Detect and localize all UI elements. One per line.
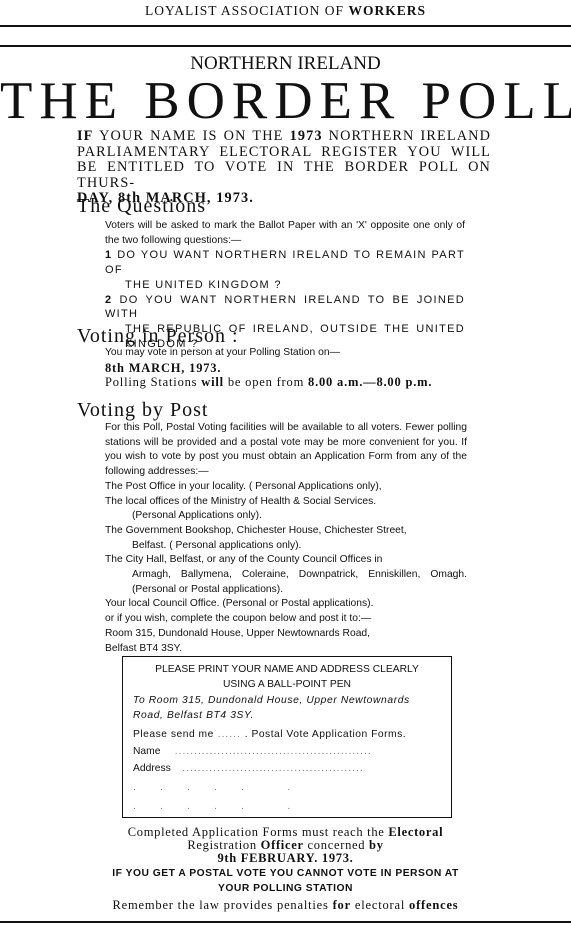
- question-item: 1 DO YOU WANT NORTHERN IRELAND TO REMAIN…: [105, 248, 465, 292]
- address-item: The local offices of the Ministry of Hea…: [105, 495, 467, 524]
- address-line: The Government Bookshop, Chichester Hous…: [105, 525, 407, 536]
- by-post-section: For this Poll, Postal Voting facilities …: [105, 421, 467, 656]
- second-rule: [0, 45, 571, 47]
- law-for: for: [333, 898, 351, 912]
- hours-pre: Polling Stations: [105, 375, 201, 389]
- intro-lead: IF: [77, 128, 94, 144]
- law-offences: offences: [409, 898, 458, 912]
- application-coupon: PLEASE PRINT YOUR NAME AND ADDRESS CLEAR…: [122, 656, 452, 818]
- name-field[interactable]: ........................................…: [175, 746, 372, 757]
- in-person-date: 8th MARCH, 1973.: [105, 361, 495, 376]
- in-person-heading: Voting in Person :: [77, 325, 239, 348]
- page-title: THE BORDER POLL: [0, 73, 571, 129]
- question-number: 1: [105, 249, 112, 261]
- name-row: Name ...................................…: [133, 745, 441, 760]
- address-label: Address: [133, 763, 171, 774]
- in-person-text: You may vote in person at your Polling S…: [105, 346, 495, 361]
- by-post-paragraph: For this Poll, Postal Voting facilities …: [105, 421, 467, 480]
- deadline-pre: Completed Application Forms must reach t…: [128, 825, 389, 839]
- address-cont: Armagh, Ballymena, Coleraine, Downpatric…: [105, 568, 467, 597]
- intro-year: 1973: [290, 128, 323, 144]
- coupon-address: To Room 315, Dundonald House, Upper Newt…: [133, 694, 441, 723]
- request-pre: Please send me: [133, 729, 214, 740]
- deadline-mid: Registration: [187, 838, 260, 852]
- hours-mid: be open from: [224, 375, 308, 389]
- address-field[interactable]: ........................................…: [182, 763, 363, 774]
- quantity-field[interactable]: ......: [214, 729, 245, 740]
- coupon-request: Please send me ...... . Postal Vote Appl…: [133, 728, 441, 743]
- address-item: The Post Office in your locality. ( Pers…: [105, 480, 467, 495]
- address-item: The City Hall, Belfast, or any of the Co…: [105, 553, 467, 597]
- law-pre: Remember the law provides penalties: [113, 898, 333, 912]
- hours-will: will: [201, 375, 224, 389]
- association-bold: WORKERS: [348, 3, 426, 18]
- address-line: Your local Council Office. (Personal or …: [105, 598, 373, 609]
- law-notice: Remember the law provides penalties for …: [0, 898, 571, 913]
- question-text: DO YOU WANT NORTHERN IRELAND TO REMAIN P…: [105, 249, 465, 276]
- law-mid: electoral: [351, 898, 409, 912]
- in-person-section: You may vote in person at your Polling S…: [105, 346, 495, 390]
- question-text-cont: THE UNITED KINGDOM ?: [105, 278, 465, 293]
- association-prefix: LOYALIST ASSOCIATION OF: [145, 3, 344, 18]
- address-line-2[interactable]: . . . . . .: [133, 781, 441, 796]
- deadline-notice: Completed Application Forms must reach t…: [0, 826, 571, 865]
- in-person-date-text: 8th MARCH, 1973.: [105, 361, 221, 375]
- postcode-line: Belfast BT4 3SY.: [105, 642, 467, 657]
- room-line: Room 315, Dundonald House, Upper Newtown…: [105, 627, 467, 642]
- deadline-electoral: Electoral: [388, 825, 443, 839]
- address-row: Address ................................…: [133, 762, 441, 777]
- association-name: LOYALIST ASSOCIATION OF WORKERS: [0, 3, 571, 19]
- deadline-officer: Officer: [261, 838, 304, 852]
- bottom-rule: [0, 921, 571, 923]
- name-label: Name: [133, 746, 160, 757]
- address-cont: Belfast. ( Personal applications only).: [105, 539, 467, 554]
- coupon-intro: or if you wish, complete the coupon belo…: [105, 612, 467, 627]
- postal-warning: IF YOU GET A POSTAL VOTE YOU CANNOT VOTE…: [100, 866, 471, 896]
- deadline-date: 9th FEBRUARY. 1973.: [217, 851, 353, 865]
- address-item: The Government Bookshop, Chichester Hous…: [105, 524, 467, 553]
- polling-hours: Polling Stations will be open from 8.00 …: [105, 375, 495, 390]
- address-item: Your local Council Office. (Personal or …: [105, 597, 467, 612]
- address-line: The City Hall, Belfast, or any of the Co…: [105, 554, 382, 565]
- questions-instruction: Voters will be asked to mark the Ballot …: [105, 220, 465, 246]
- request-post: . Postal Vote Application Forms.: [245, 729, 406, 740]
- question-text: DO YOU WANT NORTHERN IRELAND TO BE JOINE…: [105, 294, 465, 321]
- questions-heading: The Questions: [77, 195, 206, 218]
- address-line: The local offices of the Ministry of Hea…: [105, 496, 376, 507]
- intro-part1: YOUR NAME IS ON THE: [94, 128, 290, 144]
- by-post-heading: Voting by Post: [77, 399, 208, 422]
- top-rule: [0, 25, 571, 27]
- address-line-3[interactable]: . . . . . .: [133, 800, 441, 815]
- deadline-by: by: [369, 838, 384, 852]
- hours-time: 8.00 a.m.—8.00 p.m.: [308, 375, 432, 389]
- deadline-mid2: concerned: [304, 838, 369, 852]
- address-cont: (Personal Applications only).: [105, 509, 467, 524]
- question-number: 2: [105, 294, 112, 306]
- address-line: The Post Office in your locality. ( Pers…: [105, 481, 382, 492]
- coupon-instruction: PLEASE PRINT YOUR NAME AND ADDRESS CLEAR…: [133, 663, 441, 692]
